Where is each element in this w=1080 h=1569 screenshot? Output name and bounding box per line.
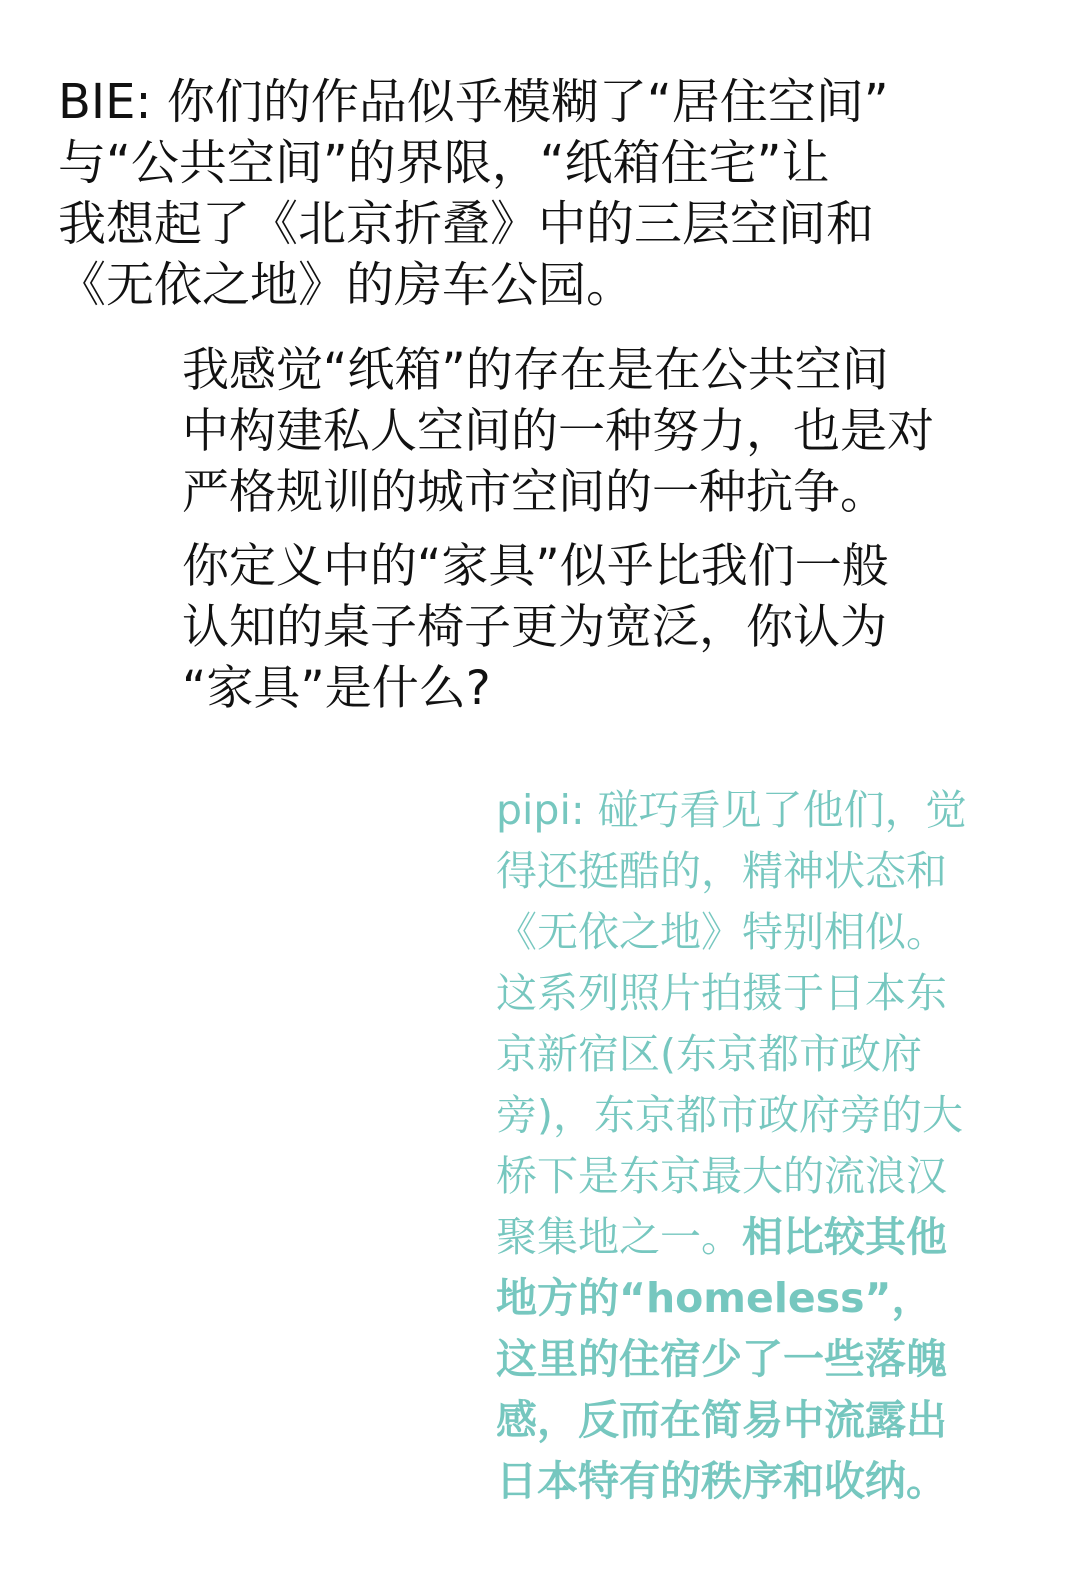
- normal-text: 聚集地之一。: [496, 1213, 742, 1261]
- bie-followup-paragraph: 你定义中的“家具”似乎比我们一般 认知的桌子椅子更为宽泛，你认为 “家具”是什么…: [182, 536, 1027, 719]
- bie-comment-paragraph: 我感觉“纸箱”的存在是在公共空间 中构建私人空间的一种努力，也是对 严格规训的城…: [182, 340, 1027, 523]
- bie-question-paragraph: BIE: 你们的作品似乎模糊了“居住空间” 与“公共空间”的界限，“纸箱住宅”让…: [58, 72, 1018, 316]
- mixed-text-line: 聚集地之一。相比较其他: [496, 1207, 1006, 1268]
- emphasized-text: 相比较其他: [742, 1213, 947, 1261]
- text-line: 认知的桌子椅子更为宽泛，你认为: [182, 597, 1027, 658]
- text-line: 你定义中的“家具”似乎比我们一般: [182, 536, 1027, 597]
- text-line: 桥下是东京最大的流浪汉: [496, 1146, 1006, 1207]
- emphasized-line: 日本特有的秩序和收纳。: [496, 1451, 1006, 1512]
- text-line: 我想起了《北京折叠》中的三层空间和: [58, 194, 1018, 255]
- emphasized-line: 感，反而在简易中流露出: [496, 1390, 1006, 1451]
- text-line: 我感觉“纸箱”的存在是在公共空间: [182, 340, 1027, 401]
- text-line: 与“公共空间”的界限，“纸箱住宅”让: [58, 133, 1018, 194]
- text-line: BIE: 你们的作品似乎模糊了“居住空间”: [58, 72, 1018, 133]
- text-line: “家具”是什么?: [182, 658, 1027, 719]
- text-line: pipi: 碰巧看见了他们，觉: [496, 780, 1006, 841]
- emphasized-line: 地方的“homeless”，: [496, 1268, 1006, 1329]
- text-line: 《无依之地》的房车公园。: [58, 255, 1018, 316]
- text-line: 中构建私人空间的一种努力，也是对: [182, 401, 1027, 462]
- emphasized-line: 这里的住宿少了一些落魄: [496, 1329, 1006, 1390]
- pipi-answer-paragraph: pipi: 碰巧看见了他们，觉 得还挺酷的，精神状态和 《无依之地》特别相似。 …: [496, 780, 1006, 1512]
- text-line: 京新宿区(东京都市政府: [496, 1024, 1006, 1085]
- text-line: 《无依之地》特别相似。: [496, 902, 1006, 963]
- text-line: 严格规训的城市空间的一种抗争。: [182, 462, 1027, 523]
- text-line: 旁)，东京都市政府旁的大: [496, 1085, 1006, 1146]
- text-line: 得还挺酷的，精神状态和: [496, 841, 1006, 902]
- text-line: 这系列照片拍摄于日本东: [496, 963, 1006, 1024]
